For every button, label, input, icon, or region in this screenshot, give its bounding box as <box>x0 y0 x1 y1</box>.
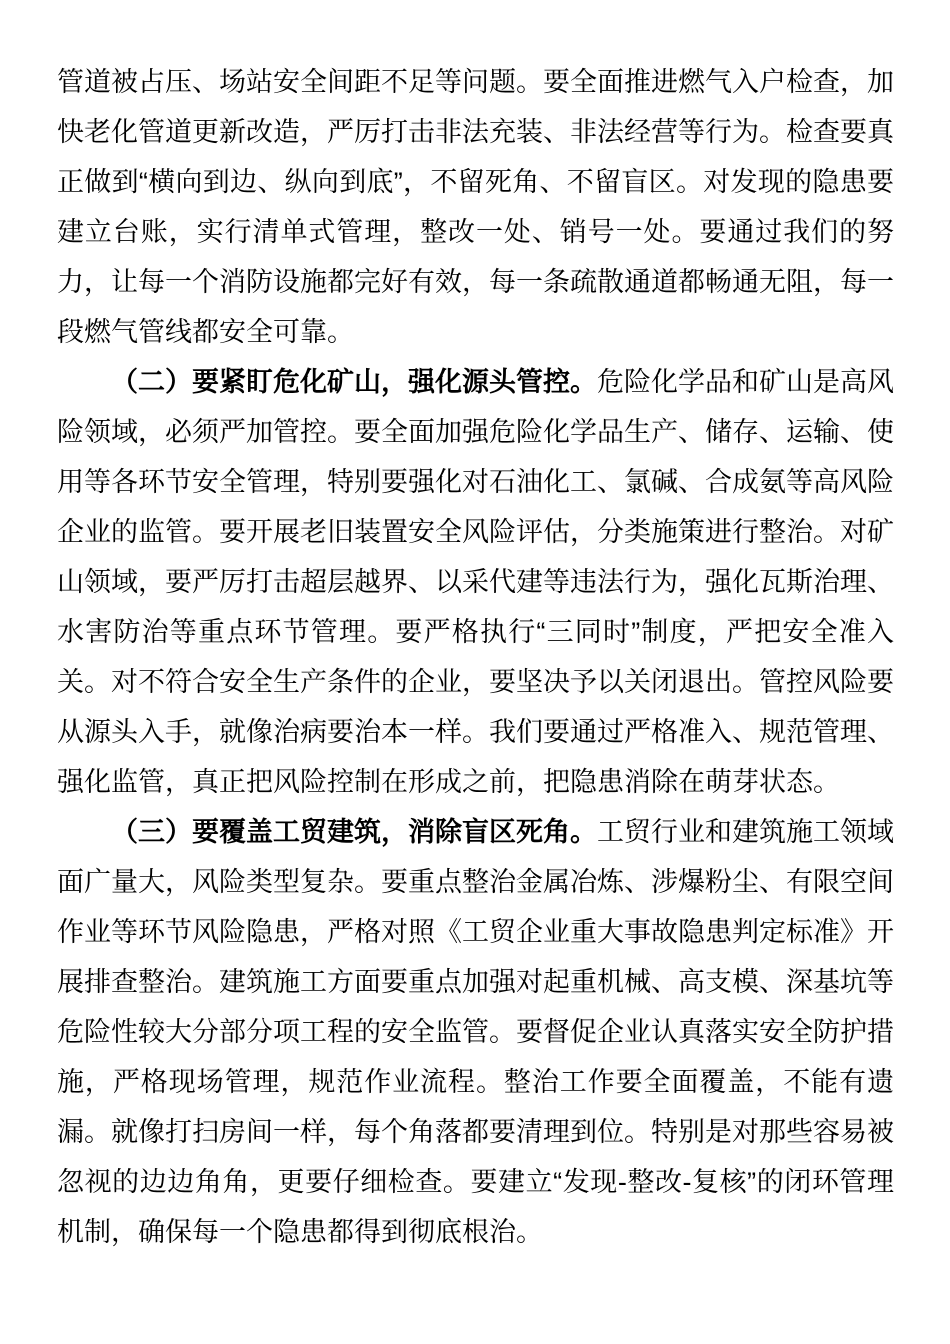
paragraph-text: 危险化学品和矿山是高风险领域，必须严加管控。要全面加强危险化学品生产、储存、运输… <box>57 367 894 797</box>
section-3-heading: （三）要覆盖工贸建筑，消除盲区死角。 <box>111 817 597 847</box>
section-2-heading: （二）要紧盯危化矿山，强化源头管控。 <box>111 367 597 397</box>
paragraph-section-2: （二）要紧盯危化矿山，强化源头管控。危险化学品和矿山是高风险领域，必须严加管控。… <box>57 357 894 807</box>
paragraph-continuation: 管道被占压、场站安全间距不足等问题。要全面推进燃气入户检查，加快老化管道更新改造… <box>57 57 894 357</box>
paragraph-text: 工贸行业和建筑施工领域面广量大，风险类型复杂。要重点整治金属冶炼、涉爆粉尘、有限… <box>57 817 894 1247</box>
document-page: 管道被占压、场站安全间距不足等问题。要全面推进燃气入户检查，加快老化管道更新改造… <box>0 0 950 1344</box>
paragraph-text: 管道被占压、场站安全间距不足等问题。要全面推进燃气入户检查，加快老化管道更新改造… <box>57 67 894 347</box>
paragraph-section-3: （三）要覆盖工贸建筑，消除盲区死角。工贸行业和建筑施工领域面广量大，风险类型复杂… <box>57 807 894 1257</box>
